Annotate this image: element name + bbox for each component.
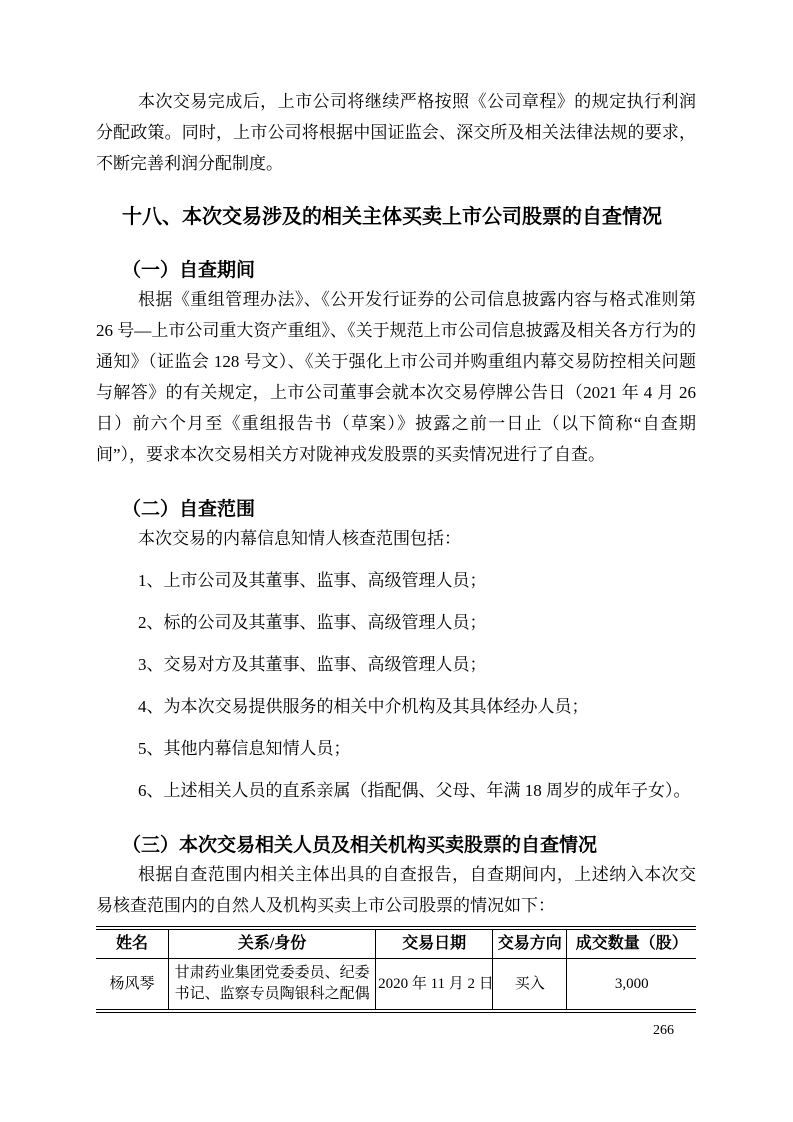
section-18-title: 十八、本次交易涉及的相关主体买卖上市公司股票的自查情况	[122, 203, 696, 231]
cell-relation: 甘肃药业集团党委委员、纪委书记、监察专员陶银科之配偶	[169, 959, 376, 1012]
paragraph-dividend-policy: 本次交易完成后，上市公司将继续严格按照《公司章程》的规定执行利润分配政策。同时，…	[96, 86, 696, 179]
stock-trading-table: 姓名 关系/身份 交易日期 交易方向 成交数量（股） 杨风琴 甘肃药业集团党委委…	[96, 926, 696, 1013]
scope-list-item-1: 1、上市公司及其董事、监事、高级管理人员；	[96, 565, 696, 596]
table-row: 杨风琴 甘肃药业集团党委委员、纪委书记、监察专员陶银科之配偶 2020 年 11…	[96, 959, 696, 1012]
paragraph-scope-intro: 本次交易的内幕信息知情人核查范围包括：	[96, 523, 696, 554]
cell-name: 杨风琴	[96, 959, 169, 1012]
scope-list-item-5: 5、其他内幕信息知情人员；	[96, 733, 696, 764]
document-page: 本次交易完成后，上市公司将继续严格按照《公司章程》的规定执行利润分配政策。同时，…	[0, 0, 793, 1122]
subsection-2-title: （二）自查范围	[122, 497, 696, 523]
table-header-row: 姓名 关系/身份 交易日期 交易方向 成交数量（股）	[96, 928, 696, 959]
paragraph-self-inspection-period: 根据《重组管理办法》、《公开发行证券的公司信息披露内容与格式准则第 26 号—上…	[96, 284, 696, 470]
cell-date: 2020 年 11 月 2 日	[376, 959, 493, 1012]
table-header-name: 姓名	[96, 928, 169, 959]
scope-list-item-3: 3、交易对方及其董事、监事、高级管理人员；	[96, 649, 696, 680]
scope-list-item-6: 6、上述相关人员的直系亲属（指配偶、父母、年满 18 周岁的成年子女）。	[96, 775, 696, 806]
table-header-direction: 交易方向	[493, 928, 567, 959]
cell-volume: 3,000	[567, 959, 696, 1012]
page-number: 266	[96, 1021, 696, 1041]
scope-list-item-4: 4、为本次交易提供服务的相关中介机构及其具体经办人员；	[96, 691, 696, 722]
subsection-3-title: （三）本次交易相关人员及相关机构买卖股票的自查情况	[122, 833, 696, 859]
cell-direction: 买入	[493, 959, 567, 1012]
table-header-volume: 成交数量（股）	[567, 928, 696, 959]
scope-list-item-2: 2、标的公司及其董事、监事、高级管理人员；	[96, 607, 696, 638]
paragraph-trading-intro: 根据自查范围内相关主体出具的自查报告，自查期间内，上述纳入本次交易核查范围内的自…	[96, 859, 696, 921]
subsection-1-title: （一）自查期间	[122, 258, 696, 284]
table-header-relation: 关系/身份	[169, 928, 376, 959]
table-header-date: 交易日期	[376, 928, 493, 959]
